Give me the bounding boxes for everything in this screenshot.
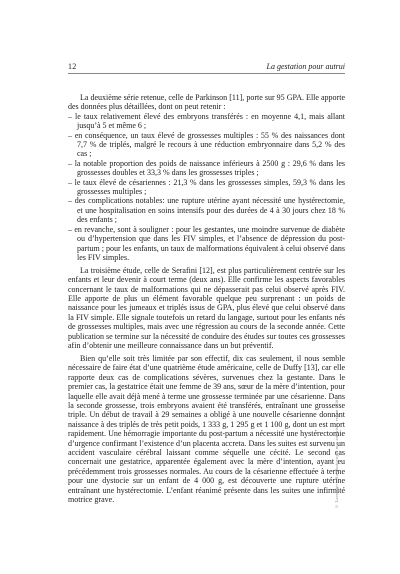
list-item: – en conséquence, un taux élevé de gross…: [68, 131, 345, 159]
book-page: { "header": { "page_number": "12", "runn…: [0, 0, 400, 574]
paragraph-intro: La deuxième série retenue, celle de Park…: [68, 93, 345, 112]
running-title: La gestation pour autrui: [267, 62, 345, 71]
list-item: – en revanche, sont à souligner : pour l…: [68, 225, 345, 263]
body-text: La deuxième série retenue, celle de Park…: [68, 93, 345, 504]
list-item: – le taux élevé de césariennes : 21,3 % …: [68, 178, 345, 197]
paragraph-serafini-study: La troisième étude, celle de Serafini [1…: [68, 266, 345, 351]
list-item: – le taux relativement élevé des embryon…: [68, 112, 345, 131]
page-number: 12: [68, 62, 76, 71]
list-item: – la notable proportion des poids de nai…: [68, 159, 345, 178]
page-header: 12 La gestation pour autrui: [68, 62, 345, 74]
copyright-margin-note: © Lavoisier – La photocopie non autorisé…: [334, 371, 339, 509]
dash-list: – le taux relativement élevé des embryon…: [68, 112, 345, 263]
list-item: – des complications notables: une ruptur…: [68, 196, 345, 224]
page-content: 12 La gestation pour autrui La deuxième …: [68, 62, 345, 504]
paragraph-duffy-study: Bien qu’elle soit très limitée par son e…: [68, 354, 345, 505]
